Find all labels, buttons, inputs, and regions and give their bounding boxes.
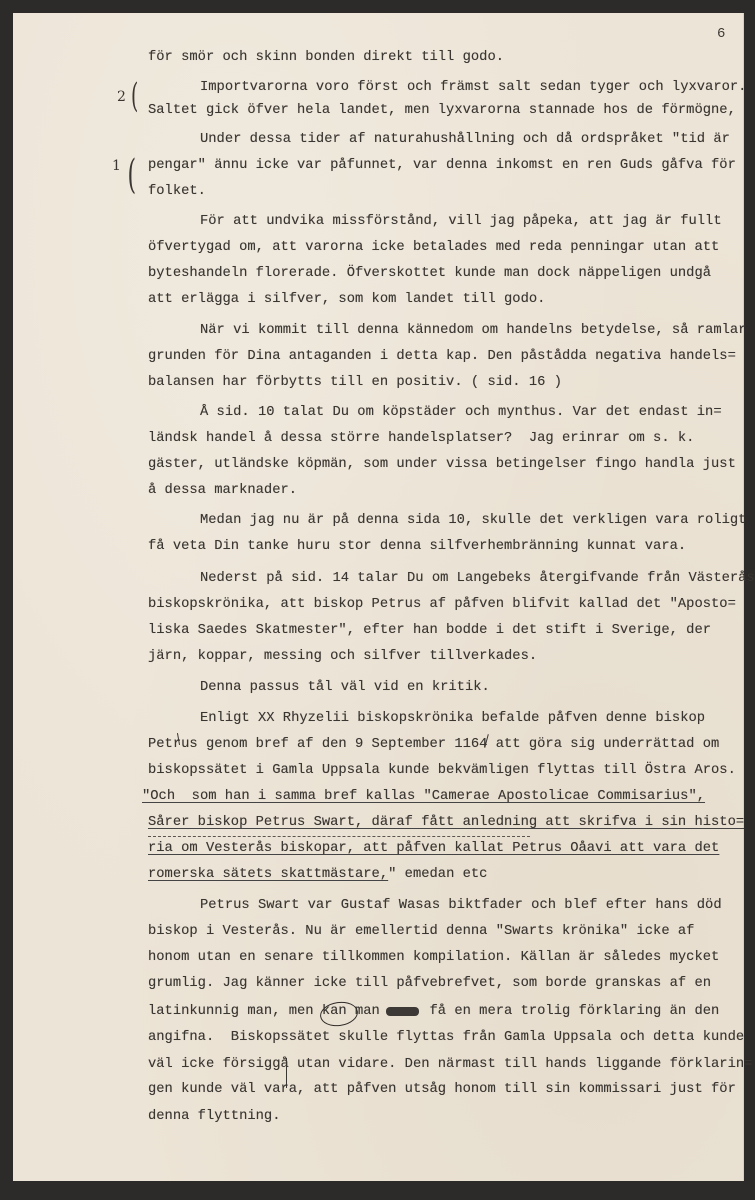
text-line: biskopssätet i Gamla Uppsala kunde bekvä…: [148, 763, 736, 779]
text-line: grunden för Dina antaganden i detta kap.…: [148, 349, 736, 365]
text-line: Under dessa tider af naturahushållning o…: [200, 132, 730, 148]
quoted-line-underlined: Sårer biskop Petrus Swart, däraf fått an…: [148, 815, 744, 831]
text-line: öfvertygad om, att varorna icke betalade…: [148, 240, 719, 256]
text-line: Importvarorna voro först och främst salt…: [200, 80, 746, 96]
quoted-line-underlined: ria om Vesterås biskopar, att påfven kal…: [148, 841, 719, 857]
text-line: biskopskrönika, att biskop Petrus af påf…: [148, 597, 736, 613]
text-line: för smör och skinn bonden direkt till go…: [148, 50, 504, 66]
text-line: balansen har förbytts till en positiv. (…: [148, 375, 562, 391]
text-line: denna flyttning.: [148, 1109, 280, 1125]
text-line: järn, koppar, messing och silfver tillve…: [148, 649, 537, 665]
text-line: honom utan en senare tillkommen kompilat…: [148, 950, 719, 966]
text-line: pengar" ännu icke var påfunnet, var denn…: [148, 158, 736, 174]
text-line: å dessa marknader.: [148, 483, 297, 499]
text-line: Medan jag nu är på denna sida 10, skulle…: [200, 513, 746, 529]
quoted-line-underlined: "Och som han i samma bref kallas "Camera…: [142, 789, 705, 805]
page-number: 6: [717, 26, 725, 42]
text-line: Denna passus tål väl vid en kritik.: [200, 680, 490, 696]
text-line: angifna. Biskopssätet skulle flyttas frå…: [148, 1030, 744, 1046]
margin-bracket-icon: (: [131, 76, 138, 116]
text-line: att erlägga i silfver, som kom landet ti…: [148, 292, 545, 308]
second-underline-mark: [148, 836, 530, 837]
text-line: folket.: [148, 184, 206, 200]
text-line: Petrus genom bref af den 9 September 116…: [148, 737, 719, 753]
margin-bracket-icon: (: [128, 152, 137, 198]
text-line: Saltet gick öfver hela landet, men lyxva…: [148, 103, 736, 119]
text-line: När vi kommit till denna kännedom om han…: [200, 323, 746, 339]
text-line: väl icke försiggå utan vidare. Den närma…: [148, 1057, 752, 1073]
text-line: gäster, utländske köpmän, som under viss…: [148, 457, 736, 473]
text-line: få veta Din tanke huru stor denna silfve…: [148, 539, 686, 555]
text-line: gen kunde väl vara, att påfven utsåg hon…: [148, 1082, 736, 1098]
text-line: latinkunnig man, men kan man få en mera …: [148, 1004, 719, 1020]
text-line: ländsk handel å dessa större handelsplat…: [148, 431, 694, 447]
insertion-caret-icon: [286, 1058, 287, 1088]
margin-note-1: 1: [112, 158, 121, 174]
text-line: biskop i Vesterås. Nu är emellertid denn…: [148, 924, 694, 940]
text-line: romerska sätets skattmästare," emedan et…: [148, 867, 487, 883]
text-line: Nederst på sid. 14 talar Du om Langebeks…: [200, 571, 755, 587]
text-line: Enligt XX Rhyzelii biskopskrönika befald…: [200, 711, 705, 727]
text-line: Å sid. 10 talat Du om köpstäder och mynt…: [200, 405, 722, 421]
strikeout-blot-icon: [386, 1007, 419, 1016]
text-line: liska Saedes Skatmester", efter han bodd…: [148, 623, 711, 639]
text-line: grumlig. Jag känner icke till påfvebrefv…: [148, 976, 711, 992]
underlined-segment: romerska sätets skattmästare,: [148, 867, 388, 882]
text-line: Petrus Swart var Gustaf Wasas biktfader …: [200, 898, 722, 914]
text-line: För att undvika missförstånd, vill jag p…: [200, 214, 722, 230]
text-segment: " emedan etc: [388, 867, 487, 882]
text-line: byteshandeln florerade. Öfverskottet kun…: [148, 266, 711, 282]
margin-note-2: 2: [117, 89, 126, 105]
